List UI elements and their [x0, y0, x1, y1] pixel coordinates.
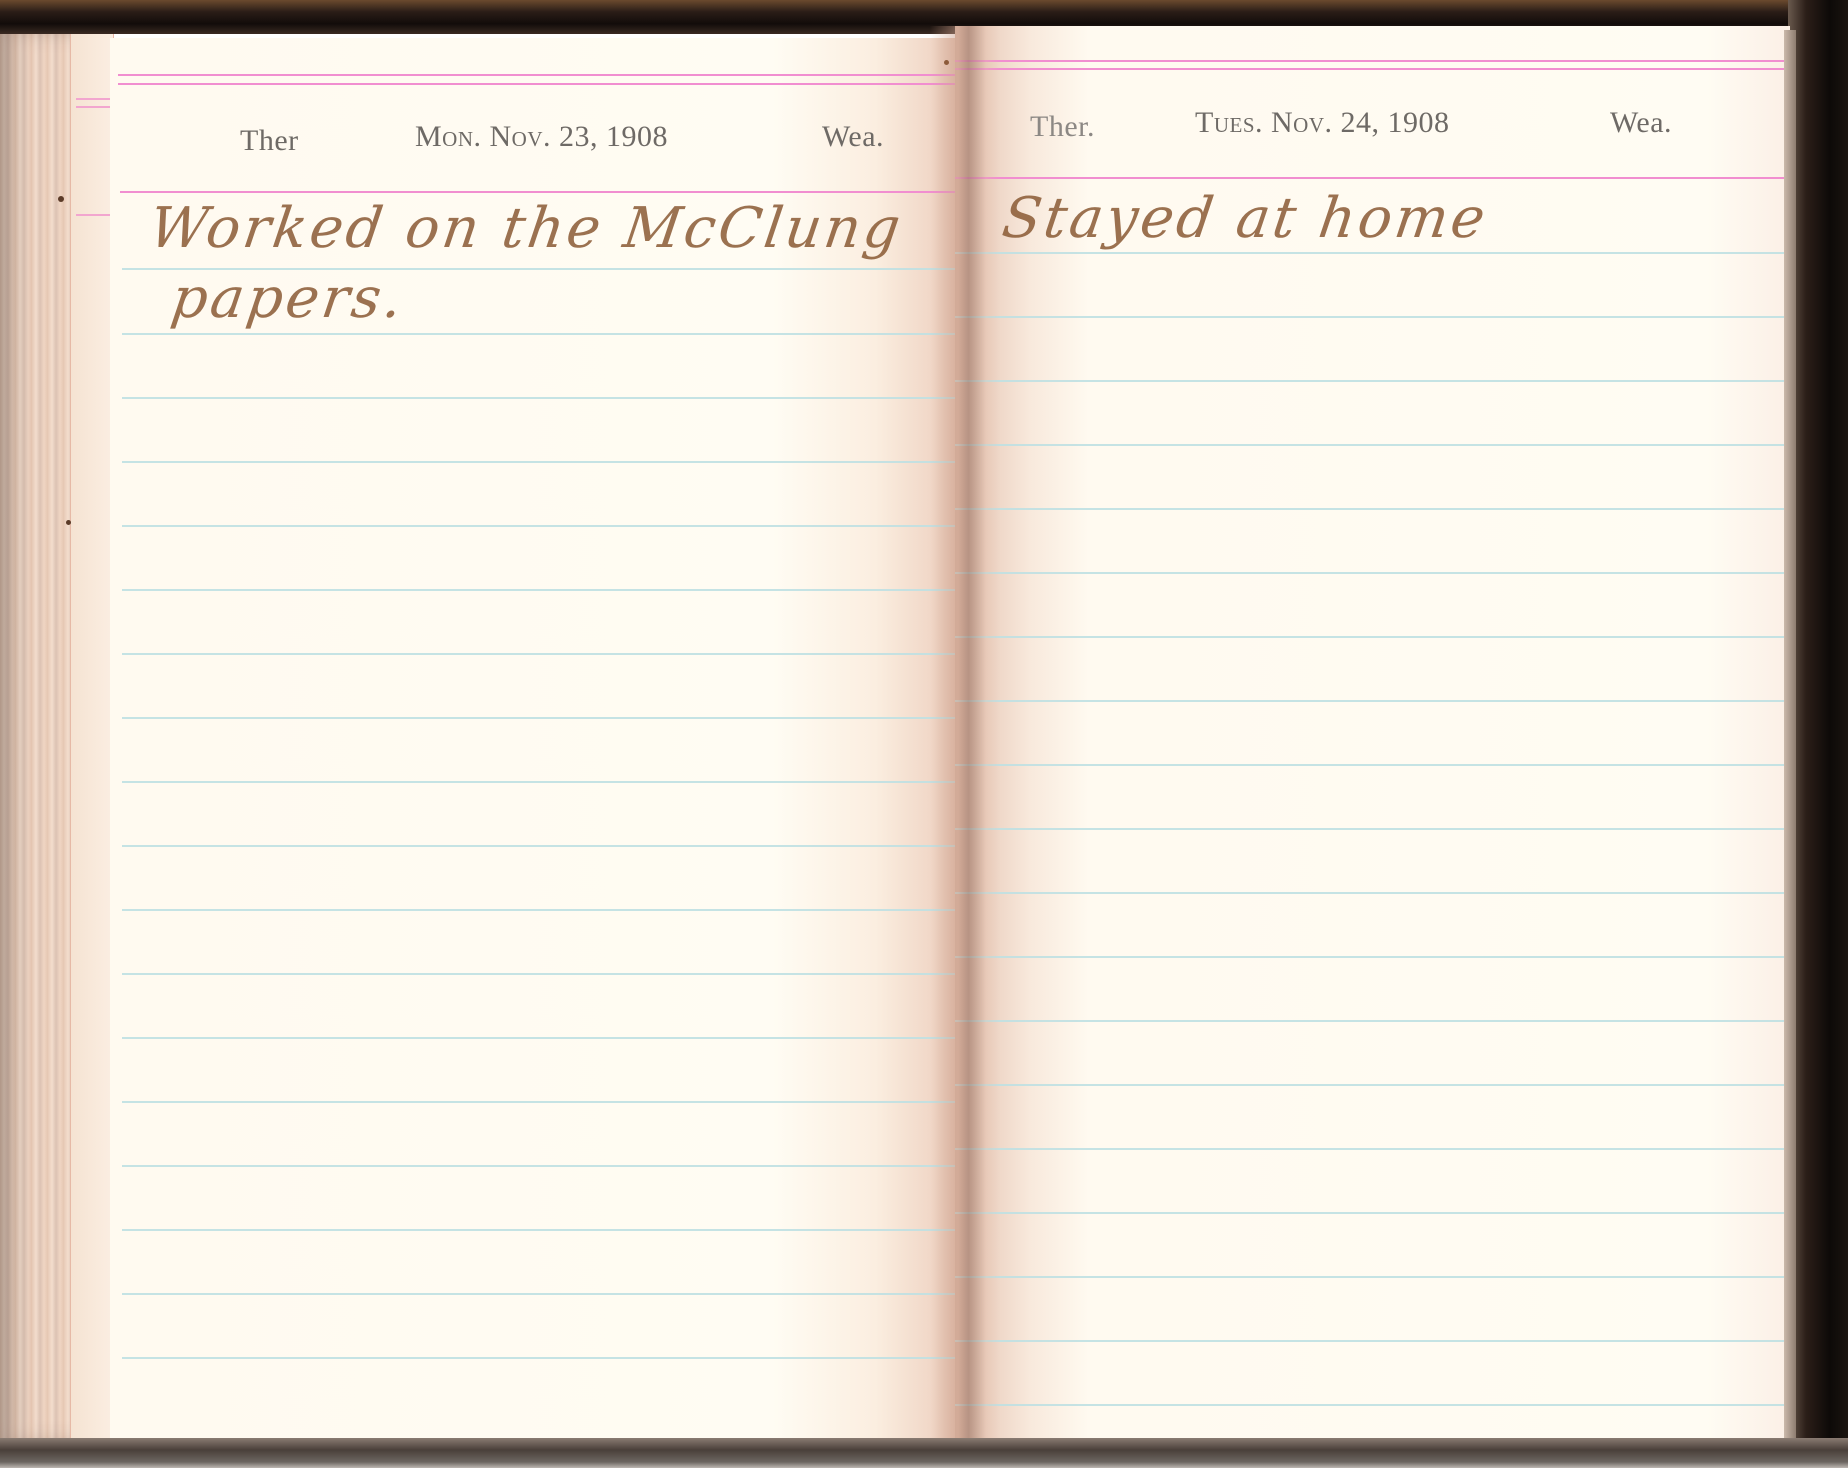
ruled-line	[122, 589, 960, 591]
ruled-line	[122, 781, 960, 783]
left-diary-page: Ther Mon. Nov. 23, 1908 Wea. Worked on t…	[110, 38, 960, 1440]
handwritten-entry-line-1: Stayed at home	[998, 186, 1492, 251]
right-diary-page: Ther. Tues. Nov. 24, 1908 Wea. Stayed at…	[955, 26, 1790, 1440]
book-binding-right	[1788, 0, 1848, 1470]
ruled-line	[122, 525, 960, 527]
header-rule-bottom	[955, 177, 1790, 179]
entry-date: Mon. Nov. 23, 1908	[415, 120, 668, 154]
ruled-line	[122, 1293, 960, 1295]
header-rule-top-second	[118, 83, 960, 85]
ruled-line	[955, 700, 1790, 702]
ruled-line	[122, 1165, 960, 1167]
ruled-line	[122, 1229, 960, 1231]
handwritten-entry-line-1: Worked on the McClung	[145, 196, 907, 261]
ruled-line	[955, 508, 1790, 510]
ruled-line	[955, 1084, 1790, 1086]
ruled-line	[122, 1037, 960, 1039]
handwritten-entry-line-2: papers.	[167, 266, 409, 331]
page-edges-stack	[0, 34, 112, 1440]
ruled-line	[955, 572, 1790, 574]
ruled-line	[122, 1101, 960, 1103]
ruled-line	[122, 909, 960, 911]
ruled-line	[122, 461, 960, 463]
ruled-line	[122, 717, 960, 719]
ruled-line	[955, 1148, 1790, 1150]
ruled-line	[955, 1340, 1790, 1342]
thermometer-label: Ther	[240, 124, 299, 158]
header-rule-top	[118, 74, 960, 76]
ruled-line	[955, 1404, 1790, 1406]
ruled-line	[122, 973, 960, 975]
ruled-line	[955, 1020, 1790, 1022]
ruled-line	[955, 892, 1790, 894]
page-edge-inner	[70, 34, 114, 1440]
ruled-line	[955, 1212, 1790, 1214]
ruled-line	[955, 444, 1790, 446]
ruled-line	[955, 636, 1790, 638]
ruled-line	[122, 397, 960, 399]
ruled-line	[955, 1276, 1790, 1278]
ruled-line	[955, 316, 1790, 318]
book-gutter	[930, 26, 1000, 1440]
weather-label: Wea.	[822, 120, 884, 154]
page-edge-right	[1784, 30, 1796, 1440]
header-rule-top-second	[955, 68, 1790, 70]
header-rule-bottom	[120, 191, 960, 193]
ruled-line	[955, 380, 1790, 382]
thermometer-label: Ther.	[1030, 110, 1095, 144]
ruled-line	[955, 828, 1790, 830]
ruled-line	[122, 1357, 960, 1359]
stack-rule-mark	[76, 106, 110, 108]
paper-speck	[944, 60, 949, 65]
ruled-line	[122, 333, 960, 335]
scan-margin	[0, 1468, 1848, 1479]
ruled-line	[122, 653, 960, 655]
header-rule-top	[955, 60, 1790, 62]
paper-speck	[66, 520, 71, 525]
book-binding-bottom	[0, 1438, 1848, 1468]
ruled-line	[955, 252, 1790, 254]
stack-rule-mark	[76, 214, 110, 216]
stack-rule-mark	[76, 98, 110, 100]
ruled-line	[955, 956, 1790, 958]
weather-label: Wea.	[1610, 106, 1672, 140]
ruled-line	[955, 764, 1790, 766]
entry-date: Tues. Nov. 24, 1908	[1195, 106, 1450, 140]
paper-speck	[58, 196, 64, 202]
ruled-line	[122, 845, 960, 847]
